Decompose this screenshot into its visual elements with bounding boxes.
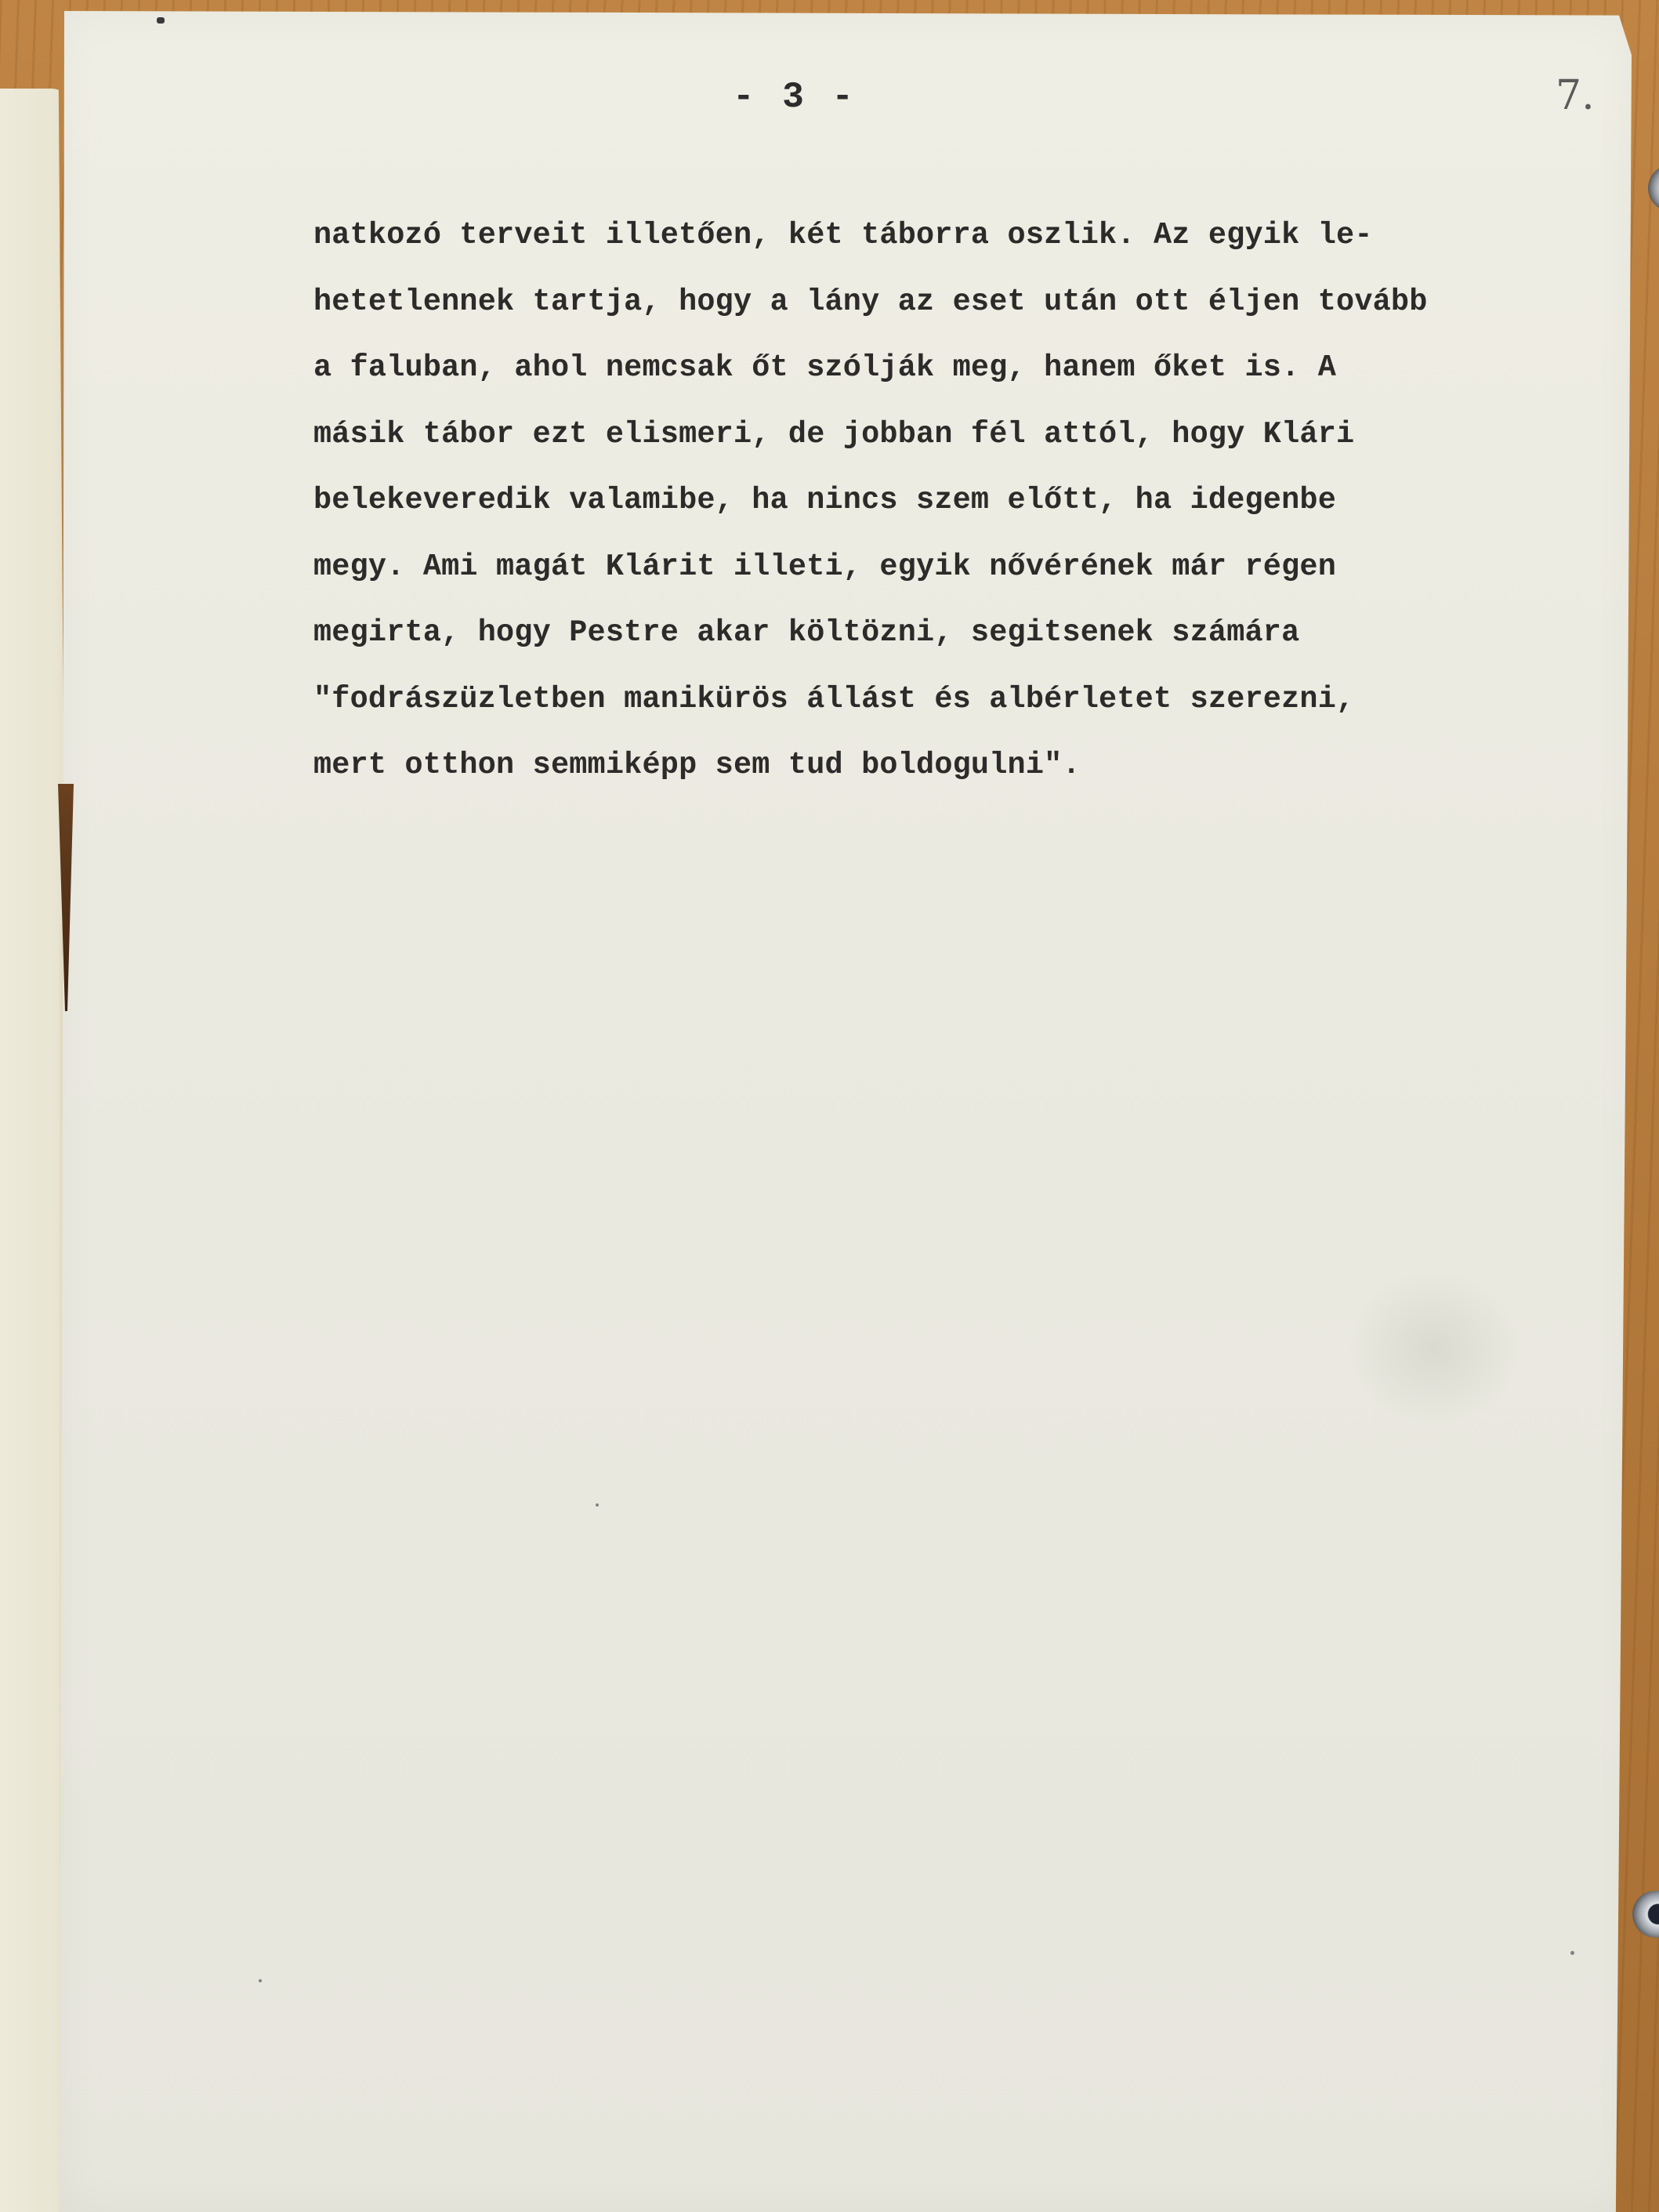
text-line: natkozó terveit illetően, két táborra os… [313, 216, 1567, 282]
text-line: másik tábor ezt elismeri, de jobban fél … [313, 415, 1567, 481]
binder-ring-icon [1632, 1891, 1659, 1938]
text-line: mert otthon semmiképp sem tud boldogulni… [313, 745, 1567, 812]
page-corner-speck [157, 17, 165, 24]
paper-speck [259, 1979, 262, 1982]
text-line: "fodrászüzletben manikürös állást és alb… [313, 680, 1567, 746]
text-line: a faluban, ahol nemcsak őt szólják meg, … [313, 348, 1567, 415]
text-line: megirta, hogy Pestre akar költözni, segi… [313, 613, 1567, 680]
handwritten-folio-number: 7. [1556, 72, 1595, 119]
page-number: - 3 - [733, 77, 857, 118]
typewritten-body: natkozó terveit illetően, két táborra os… [313, 216, 1567, 812]
text-line: hetetlennek tartja, hogy a lány az eset … [313, 282, 1567, 349]
paper-speck [596, 1503, 599, 1507]
paper-smudge [1348, 1270, 1520, 1427]
paper-speck [1570, 1951, 1574, 1955]
binder-ring-icon [1648, 165, 1659, 212]
text-line: megy. Ami magát Klárit illeti, egyik nőv… [313, 547, 1567, 614]
text-line: belekeveredik valamibe, ha nincs szem el… [313, 480, 1567, 547]
